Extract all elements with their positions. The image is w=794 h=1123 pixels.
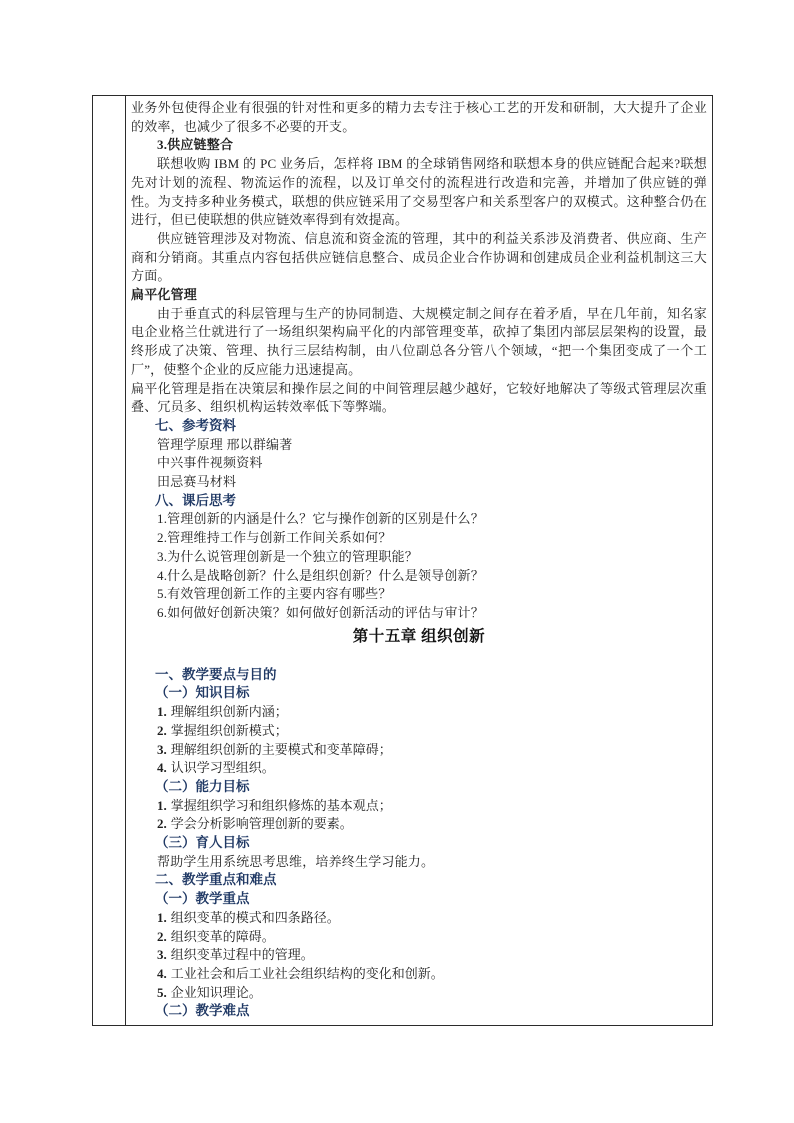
teaching-focus-item: 2.组织变革的障碍。 bbox=[131, 928, 707, 947]
item-number: 3. bbox=[157, 742, 167, 757]
subsection-heading-moral-goals: （三）育人目标 bbox=[131, 834, 707, 853]
knowledge-goal-item: 1.理解组织创新内涵； bbox=[131, 703, 707, 722]
item-text: 认识学习型组织。 bbox=[171, 760, 275, 775]
paragraph-supply-chain-management: 供应链管理涉及对物流、信息流和资金流的管理，其中的利益关系涉及消费者、供应商、生… bbox=[131, 230, 707, 286]
lesson-plan-table: 业务外包使得企业有很强的针对性和更多的精力去专注于核心工艺的开发和研制，大大提升… bbox=[92, 95, 713, 1026]
item-text: 理解组织创新的主要模式和变革障碍； bbox=[171, 742, 392, 757]
item-number: 1. bbox=[157, 798, 167, 813]
table-left-column bbox=[93, 96, 126, 1025]
teaching-focus-item: 3.组织变革过程中的管理。 bbox=[131, 946, 707, 965]
item-text: 组织变革的模式和四条路径。 bbox=[171, 910, 340, 925]
ability-goal-item: 1.掌握组织学习和组织修炼的基本观点； bbox=[131, 797, 707, 816]
reference-item: 中兴事件视频资料 bbox=[131, 454, 707, 473]
item-text: 掌握组织学习和组织修炼的基本观点； bbox=[171, 798, 392, 813]
item-number: 4. bbox=[157, 966, 167, 981]
section-heading-focus-difficulty: 二、教学重点和难点 bbox=[131, 871, 707, 890]
knowledge-goal-item: 2.掌握组织创新模式； bbox=[131, 722, 707, 741]
reference-item: 田忌赛马材料 bbox=[131, 473, 707, 492]
moral-goal-text: 帮助学生用系统思考思维，培养终生学习能力。 bbox=[131, 853, 707, 872]
review-question: 2.管理维持工作与创新工作间关系如何？ bbox=[131, 529, 707, 548]
item-text: 学会分析影响管理创新的要素。 bbox=[171, 816, 353, 831]
reference-item: 管理学原理 邢以群编著 bbox=[131, 436, 707, 455]
subsection-heading-ability-goals: （二）能力目标 bbox=[131, 778, 707, 797]
teaching-focus-item: 5.企业知识理论。 bbox=[131, 984, 707, 1003]
review-question: 3.为什么说管理创新是一个独立的管理职能？ bbox=[131, 548, 707, 567]
section-heading-teaching-goals: 一、教学要点与目的 bbox=[131, 666, 707, 685]
review-question: 5.有效管理创新工作的主要内容有哪些？ bbox=[131, 585, 707, 604]
item-number: 2. bbox=[157, 816, 167, 831]
item-number: 4. bbox=[157, 760, 167, 775]
item-number: 3. bbox=[157, 947, 167, 962]
paragraph-flat-management-definition: 扁平化管理是指在决策层和操作层之间的中间管理层越少越好，它较好地解决了等级式管理… bbox=[131, 380, 707, 417]
paragraph-lenovo-ibm: 联想收购 IBM 的 PC 业务后，怎样将 IBM 的全球销售网络和联想本身的供… bbox=[131, 155, 707, 230]
review-question: 1.管理创新的内涵是什么？它与操作创新的区别是什么？ bbox=[131, 510, 707, 529]
teaching-focus-item: 4.工业社会和后工业社会组织结构的变化和创新。 bbox=[131, 965, 707, 984]
item-text: 理解组织创新内涵； bbox=[171, 704, 288, 719]
chapter-title: 第十五章 组织创新 bbox=[131, 626, 707, 647]
subsection-heading-teaching-focus: （一）教学重点 bbox=[131, 890, 707, 909]
subheading-supply-chain-integration: 3.供应链整合 bbox=[131, 136, 707, 155]
item-number: 2. bbox=[157, 929, 167, 944]
ability-goal-item: 2.学会分析影响管理创新的要素。 bbox=[131, 815, 707, 834]
item-number: 1. bbox=[157, 910, 167, 925]
item-text: 企业知识理论。 bbox=[171, 985, 262, 1000]
item-text: 掌握组织创新模式； bbox=[171, 723, 288, 738]
paragraph-outsourcing: 业务外包使得企业有很强的针对性和更多的精力去专注于核心工艺的开发和研制，大大提升… bbox=[131, 99, 707, 136]
item-number: 1. bbox=[157, 704, 167, 719]
review-question: 4.什么是战略创新？什么是组织创新？什么是领导创新？ bbox=[131, 567, 707, 586]
item-number: 2. bbox=[157, 723, 167, 738]
subsection-heading-knowledge-goals: （一）知识目标 bbox=[131, 684, 707, 703]
knowledge-goal-item: 3.理解组织创新的主要模式和变革障碍； bbox=[131, 741, 707, 760]
knowledge-goal-item: 4.认识学习型组织。 bbox=[131, 759, 707, 778]
paragraph-galanz-case: 由于垂直式的科层管理与生产的协同制造、大规模定制之间存在着矛盾，早在几年前，知名… bbox=[131, 305, 707, 380]
teaching-focus-item: 1.组织变革的模式和四条路径。 bbox=[131, 909, 707, 928]
review-question: 6.如何做好创新决策？如何做好创新活动的评估与审计？ bbox=[131, 604, 707, 623]
item-text: 组织变革的障碍。 bbox=[171, 929, 275, 944]
section-heading-review-questions: 八、课后思考 bbox=[131, 492, 707, 511]
section-heading-references: 七、参考资料 bbox=[131, 417, 707, 436]
item-text: 工业社会和后工业社会组织结构的变化和创新。 bbox=[171, 966, 444, 981]
item-text: 组织变革过程中的管理。 bbox=[171, 947, 314, 962]
table-content-cell: 业务外包使得企业有很强的针对性和更多的精力去专注于核心工艺的开发和研制，大大提升… bbox=[126, 96, 712, 1025]
item-number: 5. bbox=[157, 985, 167, 1000]
subheading-flat-management: 扁平化管理 bbox=[131, 286, 707, 305]
subsection-heading-teaching-difficulty: （二）教学难点 bbox=[131, 1002, 707, 1021]
